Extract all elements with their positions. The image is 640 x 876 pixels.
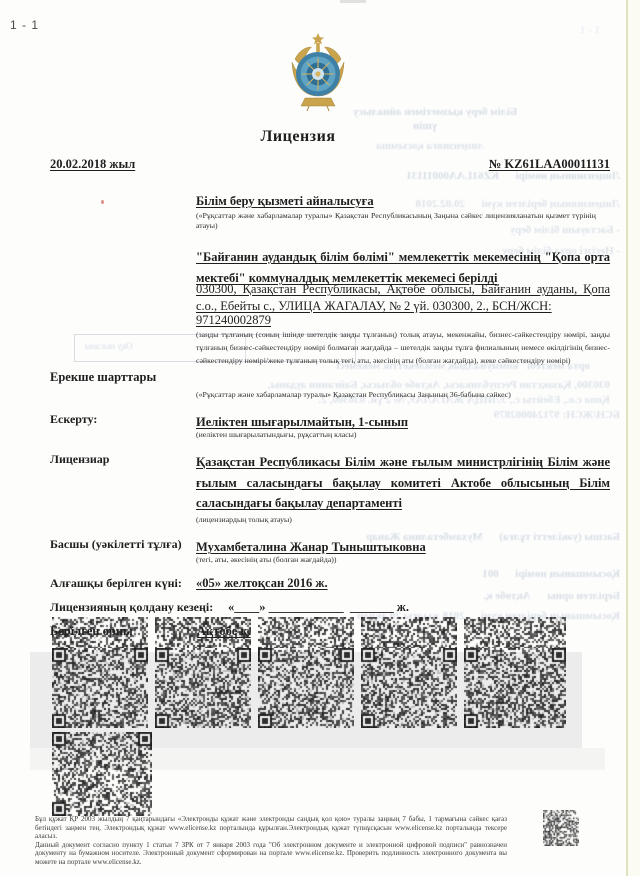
verification-qr-code <box>543 810 579 846</box>
validity-label: Лицензияның қолдану кезеңі: <box>50 600 213 615</box>
head-note: (тегі, аты, әкесінің аты (болған жағдайд… <box>196 555 576 565</box>
qr-code-block-1 <box>52 648 148 728</box>
qr-code-block-1-top <box>52 617 148 648</box>
licensee-address: 030300, Қазақстан Республикасы, Ақтөбе о… <box>196 281 610 315</box>
kazakhstan-emblem-icon <box>289 32 347 112</box>
qr-code-block-5 <box>464 648 566 728</box>
special-conditions-label: Ерекше шарттары <box>50 370 156 385</box>
footer-legal-ru: Данный документ согласно пункту 1 статьи… <box>35 841 507 867</box>
qr-code-block-4 <box>361 648 457 728</box>
scan-edge-strip <box>628 0 640 876</box>
footer-legal-note: Бұл құжат ҚР 2003 жылдың 7 қаңтарындағы … <box>35 815 507 867</box>
page-counter: 1 - 1 <box>10 18 39 32</box>
ghost-text: Қосымшаның нөмірі 001 <box>370 568 620 580</box>
ghost-text: 1 - 1 <box>580 24 600 36</box>
qr-code-block-6 <box>52 732 152 816</box>
activity-note: («Рұқсаттар және хабарламалар туралы» Қа… <box>196 211 596 230</box>
head-label: Басшы (уәкілетті тұлға) <box>50 537 182 552</box>
scan-edge-line <box>626 0 628 876</box>
qr-code-block-3 <box>258 648 354 728</box>
qr-code-block-4-top <box>361 617 457 648</box>
scan-red-speck <box>101 200 104 204</box>
qr-code-block-2-top <box>155 617 251 648</box>
activity-heading: Білім беру қызметі айналысуға <box>196 194 374 209</box>
licensor-label: Лицензиар <box>50 452 109 467</box>
ghost-text: Оқу нысаны <box>85 341 132 351</box>
qr-code-block-2 <box>155 648 251 728</box>
issue-date: 20.02.2018 жыл <box>50 157 135 172</box>
document-title: Лицензия <box>0 128 596 146</box>
license-document-page: 1 - 1 Білім беру қызметімен айналысу үші… <box>0 0 640 876</box>
scan-smudge <box>340 0 366 3</box>
first-issued-value: «05» желтоқсан 2016 ж. <box>196 576 328 591</box>
qr-code-block-3-top <box>258 617 354 648</box>
remark-note: (иеліктен шығарылатындығы, рұқсаттың кла… <box>196 430 576 440</box>
special-conditions-note: («Рұқсаттар және хабарламалар туралы» Қа… <box>196 390 576 400</box>
licensor-value: Қазақстан Республикасы Білім және ғылым … <box>196 452 610 514</box>
remark-label: Ескерту: <box>50 412 97 427</box>
first-issued-label: Алғашқы берілген күні: <box>50 576 182 591</box>
validity-value: «____» ____________ _______ ж. <box>228 600 409 615</box>
license-number: № KZ61LAA00011131 <box>489 157 610 172</box>
qr-code-block-5-top <box>464 617 566 648</box>
licensor-note: (лицензиардың толық атауы) <box>196 515 576 525</box>
kazakhstan-emblem-graphic <box>289 32 347 112</box>
licensee-note: (заңды тұлғаның (соның ішінде шетелдік з… <box>196 328 610 367</box>
licensee-bin: 971240002879 <box>196 313 271 328</box>
footer-legal-kk: Бұл құжат ҚР 2003 жылдың 7 қаңтарындағы … <box>35 815 507 841</box>
